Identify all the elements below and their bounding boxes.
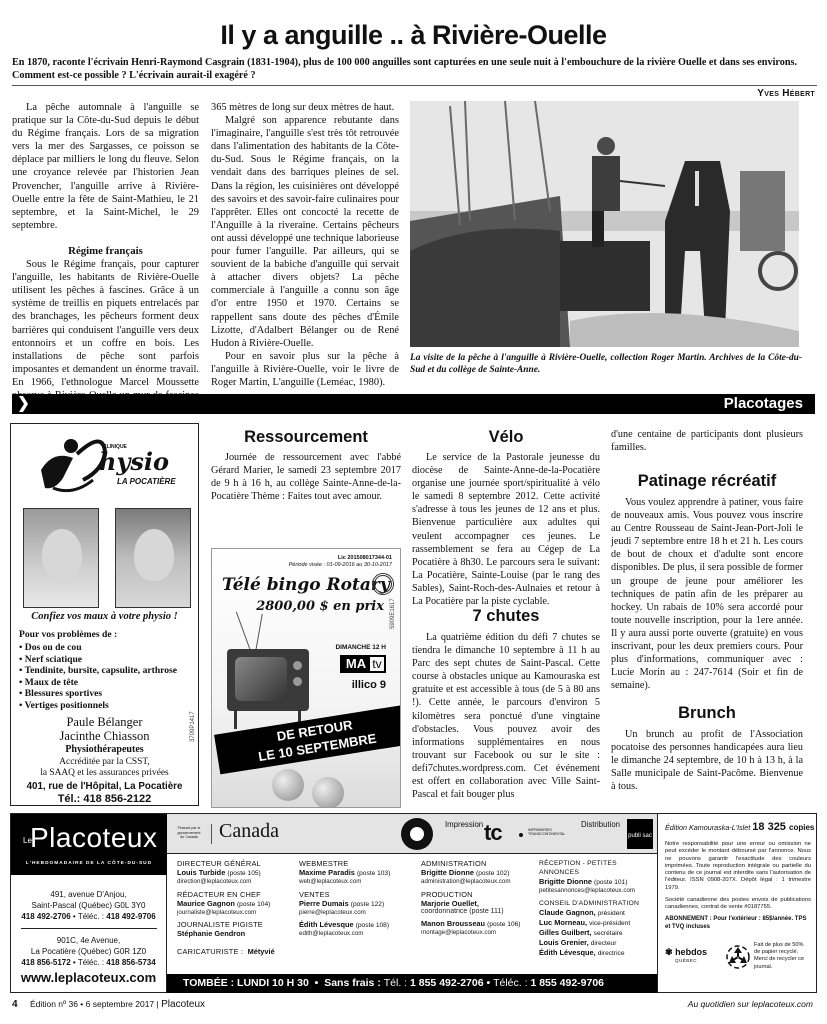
- member-title: vice-président: [589, 920, 630, 927]
- board-member: Louis Grenier, directeur: [539, 938, 657, 948]
- list-item: Dos ou de cou: [19, 642, 177, 654]
- photo-jacinthe-chiasson: [115, 508, 191, 608]
- hebdos-label: hebdos: [675, 947, 707, 957]
- article-paragraph: Malgré son apparence rebutante dans l'im…: [211, 114, 399, 350]
- staff-role: RÉCEPTION - PETITES ANNONCES: [539, 859, 657, 877]
- staff-email[interactable]: direction@leplacoteux.com: [177, 878, 299, 887]
- tollfree-fax: 1 855 492-9706: [530, 977, 604, 989]
- staff-name: Manon Brousseau: [421, 919, 485, 928]
- ad-contact: 401, rue de l'Hôpital, La Pocatière Tél.…: [11, 781, 198, 805]
- office-tel: 418 856-5172: [21, 958, 70, 967]
- divider: [211, 824, 212, 844]
- address-line: La Pocatière (Québec) G0R 1Z0: [11, 946, 166, 957]
- office-tel: 418 492-2706: [21, 912, 70, 921]
- brief-title-velo: Vélo: [412, 428, 600, 447]
- brief-body-brunch: Un brunch au profit de l'Association poc…: [611, 728, 803, 793]
- staff-entry: DIRECTEUR GÉNÉRALLouis Turbide (poste 10…: [177, 859, 299, 887]
- staff-entry: RÉDACTEUR EN CHEFMaurice Gagnon (poste 1…: [177, 890, 299, 918]
- ad-tele-bingo-rotary[interactable]: Lic 201508017344-01 Période visée : 01-0…: [211, 548, 401, 808]
- office-saint-pascal: 491, avenue D'Anjou, Saint-Pascal (Québe…: [11, 889, 166, 922]
- matv-logo: MA tv: [340, 655, 386, 673]
- ad-title: Télé bingo Rotary: [222, 575, 390, 595]
- article-deck: En 1870, raconte l'écrivain Henri-Raymon…: [12, 56, 817, 82]
- staff-entry: Manon Brousseau (poste 106)montage@lepla…: [421, 919, 543, 938]
- edition-label: Édition Kamouraska-L'Islet: [665, 823, 750, 832]
- fax-label: Téléc. :: [493, 977, 527, 989]
- staff-entry: ADMINISTRATIONBrigitte Dionne (poste 102…: [421, 859, 543, 887]
- staff-person: Louis Turbide (poste 105): [177, 868, 299, 878]
- staff-entry: CARICATURISTE : Métyvié: [177, 941, 299, 959]
- recycle-text: Fait de plus de 50% de papier recyclé. M…: [754, 942, 810, 971]
- staff-email[interactable]: montage@leplacoteux.com: [421, 929, 543, 938]
- staff-name: Louis Turbide: [177, 868, 225, 877]
- staff-directory: DIRECTEUR GÉNÉRALLouis Turbide (poste 10…: [167, 855, 657, 975]
- article-column-2: 365 mètres de long sur deux mètres de ha…: [211, 101, 399, 389]
- member-title: directeur: [591, 940, 617, 947]
- placoteux-logo: Le Placoteux L'HEBDOMADAIRE DE LA CÔTE-D…: [11, 814, 167, 875]
- tc-logo: tc: [484, 820, 502, 846]
- rotary-logo-icon: [372, 573, 394, 595]
- accreditation-line-1: Accréditée par la CSST,: [11, 757, 198, 768]
- list-item: Tendinite, bursite, capsulite, arthrose: [19, 665, 177, 677]
- staff-role: JOURNALISTE PIGISTE: [177, 920, 299, 929]
- byline: Yves Hébert: [757, 88, 815, 99]
- staff-entry: JOURNALISTE PIGISTEStéphanie Gendron: [177, 920, 299, 938]
- staff-entry: PRODUCTIONMarjorie Ouellet,coordonnatric…: [421, 890, 543, 917]
- staff-role: PRODUCTION: [421, 890, 543, 899]
- legal-notice: Notre responsabilité pour une erreur ou …: [665, 841, 811, 917]
- member-title: secrétaire: [594, 930, 623, 937]
- subscription-info: ABONNEMENT : Pour l'extérieur : 85$/anné…: [665, 916, 811, 931]
- article-photo: [410, 101, 799, 347]
- funding-text: Financé par le gouvernement du Canada: [177, 826, 201, 840]
- ad-code: 5909E1617: [390, 598, 396, 629]
- ad-phone: Tél.: 418 856-2122: [11, 793, 198, 805]
- antenna-icon: [236, 612, 251, 650]
- staff-email[interactable]: pierre@leplacoteux.com: [299, 909, 421, 918]
- footer-tagline[interactable]: Au quotidien sur leplacoteux.com: [688, 999, 813, 1009]
- staff-role: WEBMESTRE: [299, 859, 421, 868]
- dot-icon: [519, 833, 523, 837]
- ad-license: Lic 201508017344-01 Période visée : 01-0…: [289, 555, 392, 569]
- member-title: président: [598, 910, 625, 917]
- article-paragraph: La pêche automnale à l'anguille se prati…: [12, 101, 199, 232]
- staff-ext: (poste 103): [357, 870, 390, 877]
- section-banner: Placotages: [12, 394, 815, 414]
- deadline-bar: TOMBÉE : LUNDI 10 H 30 • Sans frais : Té…: [167, 974, 657, 993]
- staff-name: Stéphanie Gendron: [177, 929, 299, 938]
- article-subhead: Régime français: [12, 245, 199, 258]
- ad-clinique-physio[interactable]: CLINIQUE hysio LA POCATIÈRE Confiez vos …: [10, 423, 199, 806]
- hebdos-flower-icon: ✾: [665, 947, 673, 957]
- ad-names: Paule Bélanger Jacinthe Chiasson: [11, 715, 198, 743]
- recycle-icon: [726, 945, 750, 969]
- license-period: Période visée : 01-09-2016 au 30-10-2017: [289, 562, 392, 568]
- license-number: Lic 201508017344-01: [289, 555, 392, 562]
- staff-person: Manon Brousseau (poste 106): [421, 919, 543, 929]
- hebdos-sub: QUÉBEC: [665, 958, 707, 963]
- copies-label: copies: [789, 823, 814, 832]
- staff-email[interactable]: edith@leplacoteux.com: [299, 930, 421, 939]
- page-folio: 4 Édition nº 36 • 6 septembre 2017 | Pla…: [12, 999, 205, 1010]
- article-paragraph: Pour en savoir plus sur la pêche à l'ang…: [211, 350, 399, 389]
- edition-circulation: Édition Kamouraska-L'Islet 18 325 copies: [665, 821, 814, 833]
- award-seal-icon: [401, 818, 433, 850]
- address-line: Saint-Pascal (Québec) G0L 3Y0: [11, 900, 166, 911]
- staff-name: Marjorie Ouellet,: [421, 899, 543, 908]
- brief-paragraph: Vous voulez apprendre à patiner, vous fa…: [611, 496, 803, 692]
- staff-person: Pierre Dumais (poste 122): [299, 899, 421, 909]
- publisac-logo: publi sac: [627, 819, 653, 849]
- brief-title-patinage: Patinage récréatif: [611, 472, 803, 491]
- office-fax: 418 492-9706: [106, 912, 155, 921]
- member-title: directrice: [598, 950, 625, 957]
- brief-paragraph: Journée de ressourcement avec l'abbé Gér…: [211, 451, 401, 503]
- staff-entry: Édith Lévesque (poste 108)edith@leplacot…: [299, 920, 421, 939]
- staff-entry: RÉCEPTION - PETITES ANNONCESBrigitte Dio…: [539, 859, 657, 896]
- staff-role: VENTES: [299, 890, 421, 899]
- brief-body-7-chutes-continued: d'une centaine de participants dont plus…: [611, 428, 803, 454]
- staff-column: DIRECTEUR GÉNÉRALLouis Turbide (poste 10…: [177, 859, 299, 962]
- fax-label: Téléc. :: [78, 958, 104, 967]
- office-la-pocatiere: 901C, 4e Avenue, La Pocatière (Québec) G…: [11, 935, 166, 968]
- board-of-directors: CONSEIL D'ADMINISTRATION Claude Gagnon, …: [539, 899, 657, 958]
- horse-cart-photo-icon: [410, 101, 799, 347]
- brief-body-patinage: Vous voulez apprendre à patiner, vous fa…: [611, 496, 803, 692]
- staff-email[interactable]: petitesannonces@leplacoteux.com: [539, 887, 657, 896]
- list-item: Nerf sciatique: [19, 654, 177, 666]
- bingo-ball-icon: [312, 777, 344, 808]
- board-member: Claude Gagnon, président: [539, 908, 657, 918]
- divider: [12, 85, 817, 86]
- tollfree-tel: 1 855 492-2706: [410, 977, 484, 989]
- staff-role: DIRECTEUR GÉNÉRAL: [177, 859, 299, 868]
- logo-subtitle: L'HEBDOMADAIRE DE LA CÔTE-DU-SUD: [11, 861, 167, 866]
- masthead-addresses: 491, avenue D'Anjou, Saint-Pascal (Québe…: [11, 875, 167, 993]
- hebdos-quebec-logo: ✾ hebdos QUÉBEC: [665, 947, 707, 963]
- partners-bar: Financé par le gouvernement du Canada Ca…: [167, 814, 657, 854]
- staff-ext: (poste 106): [487, 921, 520, 928]
- staff-name: Métyvié: [248, 947, 275, 956]
- section-title: Placotages: [724, 395, 803, 412]
- brief-title-ressourcement: Ressourcement: [211, 428, 401, 447]
- brief-paragraph: Le service de la Pastorale jeunesse du d…: [412, 451, 600, 608]
- article-paragraph: 365 mètres de long sur deux mètres de ha…: [211, 101, 399, 114]
- copies-count: 18 325: [752, 821, 786, 833]
- staff-ext: (poste 105): [227, 870, 260, 877]
- member-name: Claude Gagnon,: [539, 908, 596, 917]
- divider: [21, 928, 157, 929]
- brief-paragraph: d'une centaine de participants dont plus…: [611, 428, 803, 454]
- svg-text:LA POCATIÈRE: LA POCATIÈRE: [117, 477, 176, 486]
- photo-caption: La visite de la pêche à l'anguille à Riv…: [410, 352, 802, 376]
- staff-email[interactable]: administration@leplacoteux.com: [421, 878, 543, 887]
- staff-email[interactable]: web@leplacoteux.com: [299, 878, 421, 887]
- article-column-1: La pêche automnale à l'anguille se prati…: [12, 101, 199, 415]
- staff-column: ADMINISTRATIONBrigitte Dionne (poste 102…: [421, 859, 543, 941]
- ad-schedule: DIMANCHE 12 H: [335, 644, 386, 651]
- article-paragraph: Sous le Régime français, pour capturer l…: [12, 258, 199, 415]
- staff-column: RÉCEPTION - PETITES ANNONCESBrigitte Dio…: [539, 859, 657, 958]
- matv-tv: tv: [370, 657, 384, 671]
- legal-paragraph: Notre responsabilité pour une erreur ou …: [665, 841, 811, 892]
- ad-code: 3709P1417: [190, 711, 196, 742]
- staff-name: Édith Lévesque: [299, 920, 354, 929]
- staff-entry: WEBMESTREMaxime Paradis (poste 103)web@l…: [299, 859, 421, 887]
- masthead-legal: Édition Kamouraska-L'Islet 18 325 copies…: [657, 814, 817, 993]
- brief-body-velo: Le service de la Pastorale jeunesse du d…: [412, 451, 600, 608]
- canada-wordmark: Canada: [219, 820, 279, 843]
- ad-address: 401, rue de l'Hôpital, La Pocatière: [11, 781, 198, 793]
- member-name: Luc Morneau,: [539, 918, 587, 927]
- staff-email[interactable]: journaliste@leplacoteux.com: [177, 909, 299, 918]
- list-item: Blessures sportives: [19, 688, 177, 700]
- address-line: 901C, 4e Avenue,: [11, 935, 166, 946]
- edition-info: Édition nº 36 • 6 septembre 2017 |: [30, 999, 159, 1009]
- deadline: TOMBÉE : LUNDI 10 H 30: [183, 977, 309, 989]
- board-member: Gilles Guilbert, secrétaire: [539, 928, 657, 938]
- staff-ext: (poste 102): [476, 870, 509, 877]
- ad-prize: 2800,00 $ en prix: [256, 599, 384, 614]
- tel-label: Tél. :: [384, 977, 407, 989]
- impression-label: Impression: [445, 820, 483, 829]
- staff-name: Maxime Paradis: [299, 868, 355, 877]
- ad-illico: illico 9: [352, 679, 386, 691]
- staff-person: Brigitte Dionne (poste 102): [421, 868, 543, 878]
- staff-person: Maxime Paradis (poste 103): [299, 868, 421, 878]
- page-number: 4: [12, 999, 18, 1010]
- staff-person: Maurice Gagnon (poste 104): [177, 899, 299, 909]
- board-member: Édith Lévesque, directrice: [539, 948, 657, 958]
- member-name: Gilles Guilbert,: [539, 928, 592, 937]
- ad-role: Physiothérapeutes: [11, 744, 198, 755]
- brief-title-brunch: Brunch: [611, 704, 803, 723]
- member-name: Louis Grenier,: [539, 938, 589, 947]
- chevron-right-icon: [18, 396, 28, 412]
- staff-ext: (poste 101): [594, 879, 627, 886]
- staff-ext: (poste 122): [351, 901, 384, 908]
- office-phones: 418 492-2706 • Téléc. : 418 492-9706: [11, 911, 166, 922]
- bingo-ball-icon: [272, 769, 304, 801]
- website-link[interactable]: www.leplacoteux.com: [11, 972, 166, 983]
- distribution-label: Distribution: [581, 820, 620, 829]
- logo-name: Placoteux: [30, 822, 157, 854]
- staff-role: CONSEIL D'ADMINISTRATION: [539, 899, 657, 908]
- retro-tv-icon: [227, 649, 309, 711]
- staff-person: Brigitte Dionne (poste 101): [539, 877, 657, 887]
- staff-ext: (poste 104): [237, 901, 270, 908]
- ad-services-list: Dos ou de cou Nerf sciatique Tendinite, …: [19, 642, 177, 711]
- printer-name: IMPRIMERIES TRANSCONTINENTAL: [528, 828, 576, 837]
- staff-name: Maurice Gagnon: [177, 899, 235, 908]
- member-name: Édith Lévesque,: [539, 948, 596, 957]
- svg-text:hysio: hysio: [99, 447, 169, 476]
- staff-role: ADMINISTRATION: [421, 859, 543, 868]
- name-2: Jacinthe Chiasson: [11, 729, 198, 743]
- fax-label: Téléc. :: [78, 912, 104, 921]
- brief-paragraph: Un brunch au profit de l'Association poc…: [611, 728, 803, 793]
- brief-body-ressourcement: Journée de ressourcement avec l'abbé Gér…: [211, 451, 401, 503]
- list-item: Maux de tête: [19, 677, 177, 689]
- tv-leg: [234, 709, 237, 729]
- list-item: Vertiges positionnels: [19, 700, 177, 712]
- staff-name: Pierre Dumais: [299, 899, 349, 908]
- brief-paragraph: La quatrième édition du défi 7 chutes se…: [412, 631, 600, 801]
- name-1: Paule Bélanger: [11, 715, 198, 729]
- brief-body-7-chutes: La quatrième édition du défi 7 chutes se…: [412, 631, 600, 801]
- physio-logo-icon: CLINIQUE hysio LA POCATIÈRE: [33, 430, 183, 498]
- footer-brand: Placoteux: [161, 999, 205, 1010]
- board-member: Luc Morneau, vice-président: [539, 918, 657, 928]
- staff-detail: coordonnatrice (poste 111): [421, 908, 543, 917]
- office-fax: 418 856-5734: [106, 958, 155, 967]
- tollfree-label: Sans frais :: [324, 977, 381, 989]
- staff-name: Brigitte Dionne: [539, 877, 592, 886]
- photo-paule-belanger: [23, 508, 99, 608]
- masthead: Le Placoteux L'HEBDOMADAIRE DE LA CÔTE-D…: [10, 813, 817, 993]
- legal-paragraph: Société canadienne des postes envois de …: [665, 897, 811, 912]
- staff-entry: VENTESPierre Dumais (poste 122)pierre@le…: [299, 890, 421, 918]
- brief-title-7-chutes: 7 chutes: [412, 607, 600, 626]
- address-line: 491, avenue D'Anjou,: [11, 889, 166, 900]
- ad-tagline: Confiez vos maux à votre physio !: [11, 611, 198, 622]
- office-phones: 418 856-5172 • Téléc. : 418 856-5734: [11, 957, 166, 968]
- ad-intro: Pour vos problèmes de :: [19, 629, 117, 640]
- article-title: Il y a anguille .. à Rivière-Ouelle: [0, 20, 827, 51]
- ad-return-banner: DE RETOUR LE 10 SEPTEMBRE: [214, 704, 401, 775]
- staff-ext: (poste 108): [356, 922, 389, 929]
- staff-column: WEBMESTREMaxime Paradis (poste 103)web@l…: [299, 859, 421, 942]
- ad-accreditation: Accréditée par la CSST, la SAAQ et les a…: [11, 757, 198, 779]
- accreditation-line-2: la SAAQ et les assurances privées: [11, 768, 198, 779]
- matv-ma: MA: [342, 657, 370, 671]
- staff-role: RÉDACTEUR EN CHEF: [177, 890, 299, 899]
- staff-name: Brigitte Dionne: [421, 868, 474, 877]
- staff-role: CARICATURISTE :: [177, 947, 243, 956]
- antenna-icon: [256, 614, 263, 650]
- staff-person: Édith Lévesque (poste 108): [299, 920, 421, 930]
